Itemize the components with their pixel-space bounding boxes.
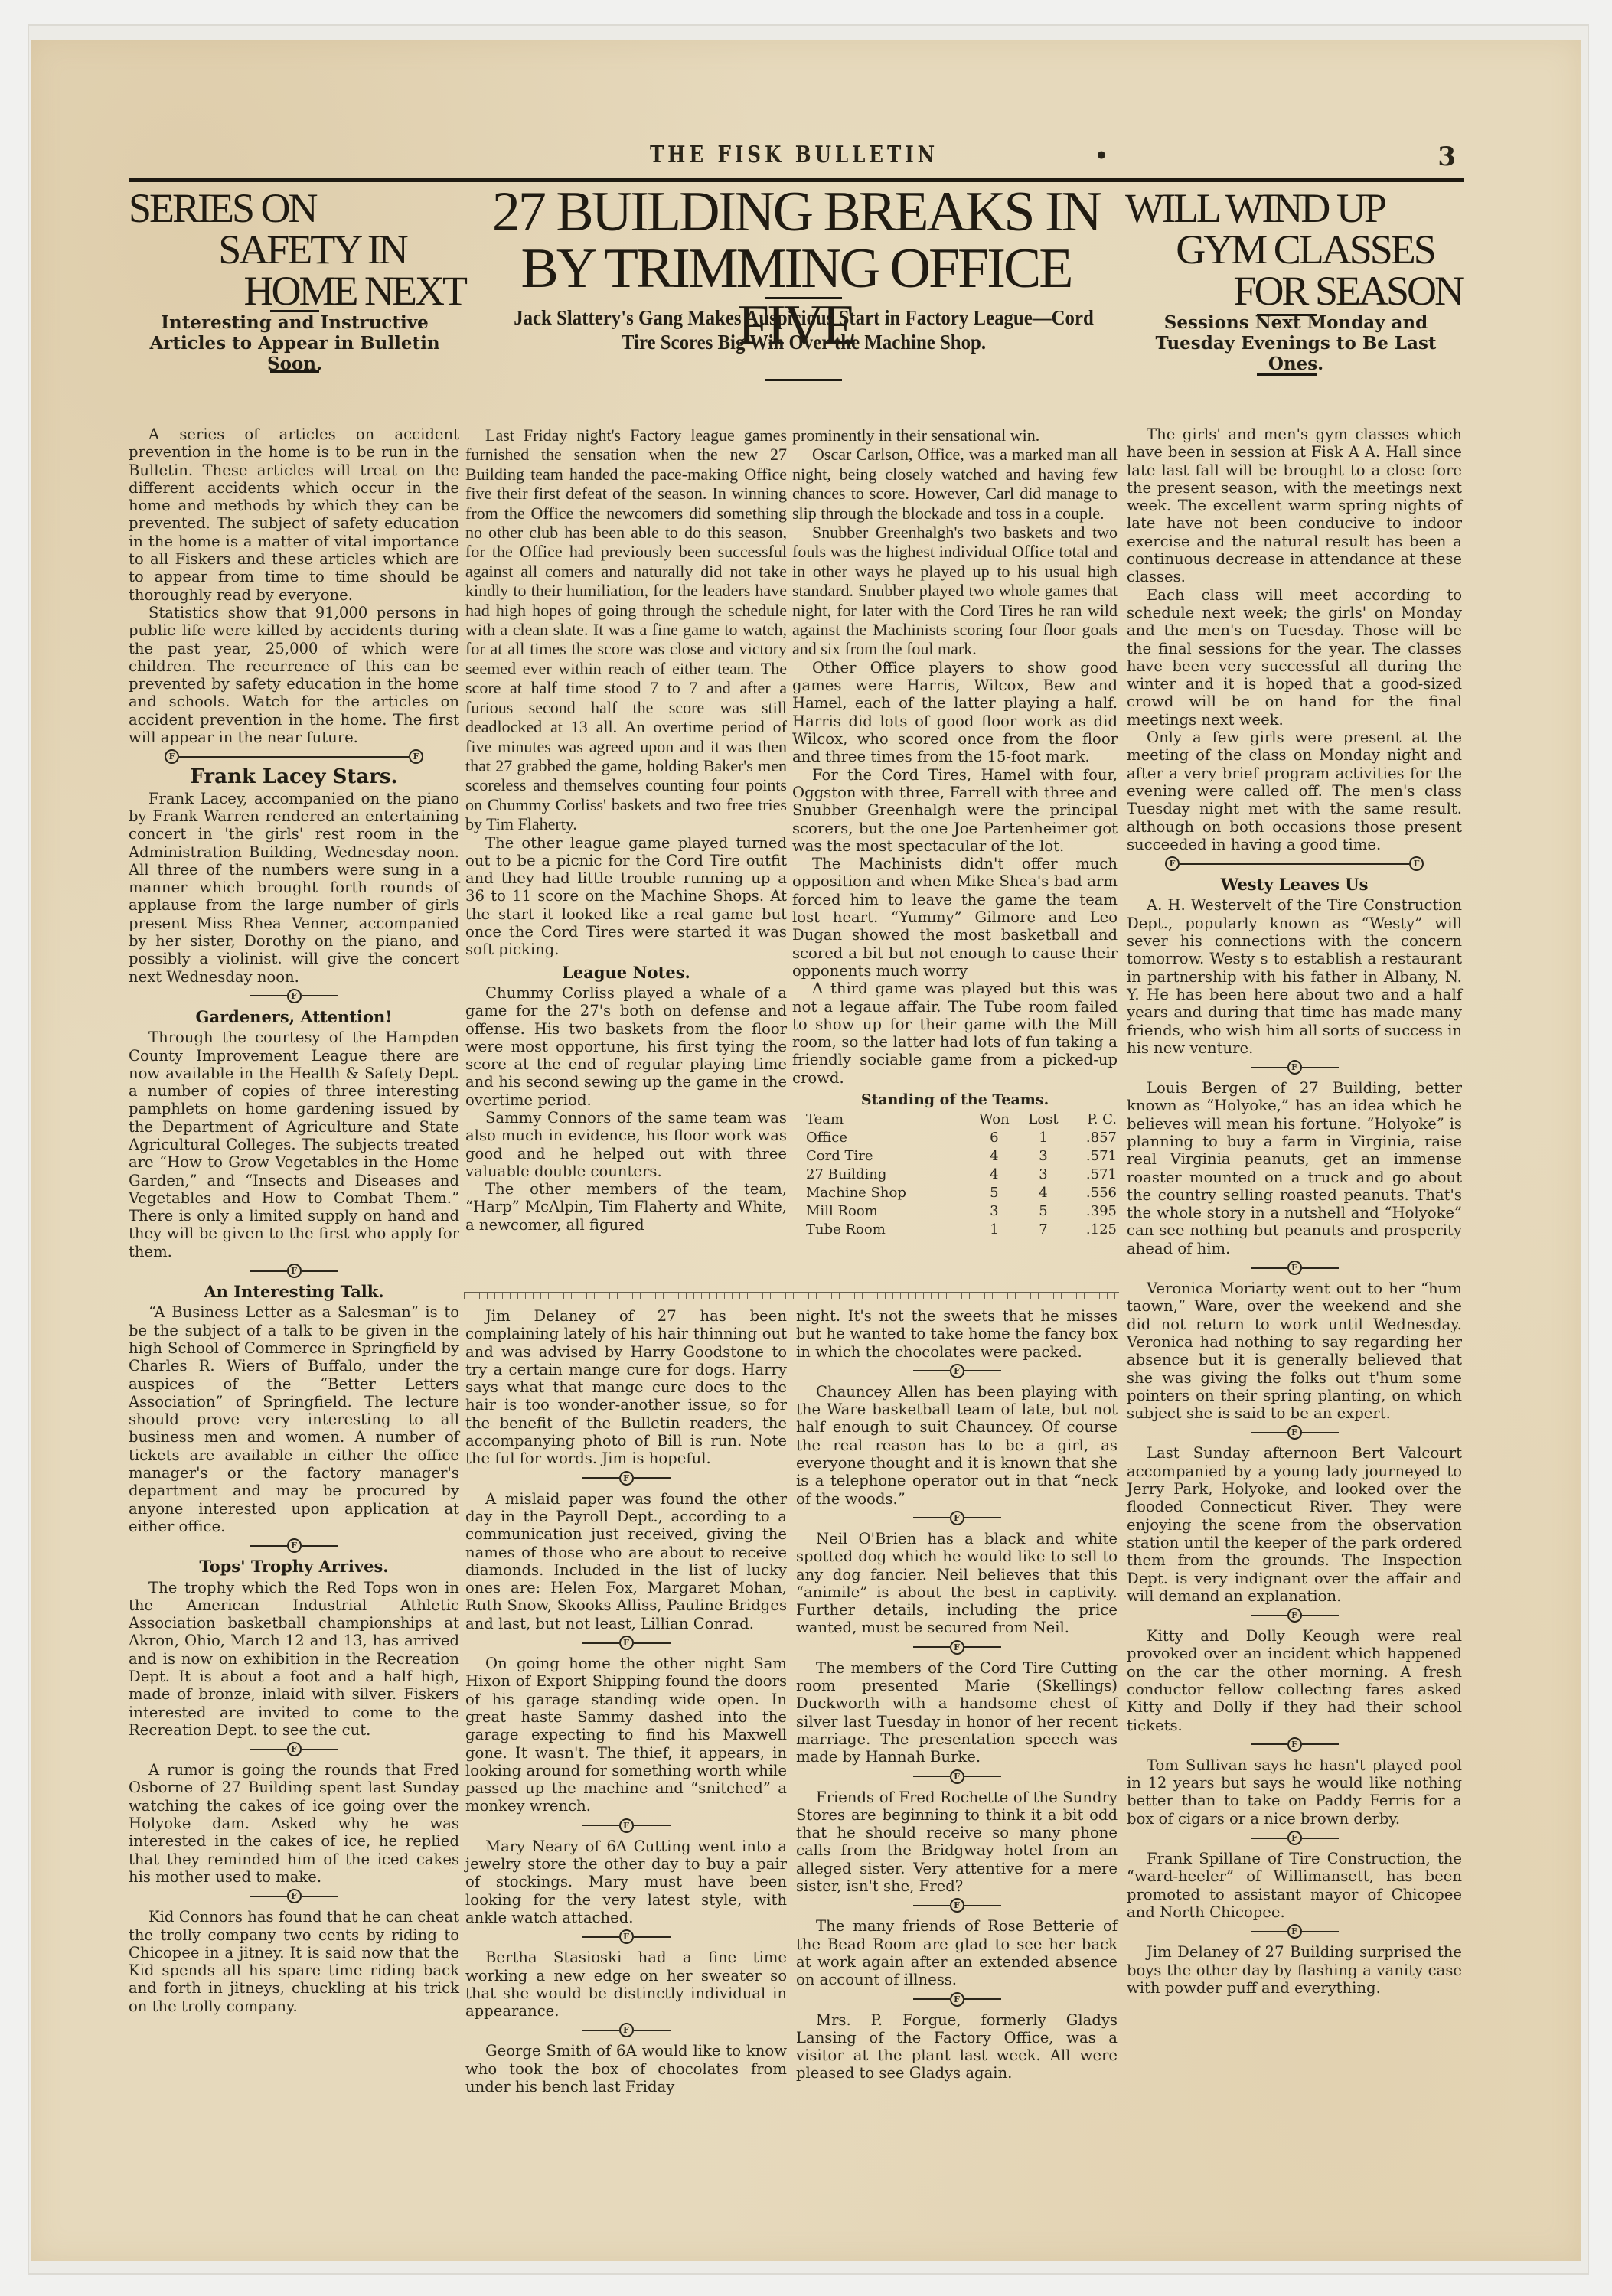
column-header: Team xyxy=(792,1110,970,1129)
article-paragraph: The other league game played turned out … xyxy=(465,834,787,959)
separator-line xyxy=(1251,1743,1287,1745)
article-paragraph: Statistics show that 91,000 persons in p… xyxy=(129,604,459,746)
separator-line xyxy=(302,1270,338,1272)
news-note: Jim Delaney of 27 Building surprised the… xyxy=(1127,1943,1462,1997)
separator-line xyxy=(250,1749,287,1750)
ornament-dot: • xyxy=(1095,143,1108,168)
deck-gym-classes: Sessions Next Monday and Tuesday Evening… xyxy=(1131,312,1460,374)
circled-f-icon: F xyxy=(1287,1261,1302,1275)
headline-gym-classes: WILL WIND UP GYM CLASSES FOR SEASON xyxy=(1125,188,1462,311)
news-note: Last Sunday afternoon Bert Valcourt acco… xyxy=(1127,1444,1462,1605)
separator-line xyxy=(302,995,338,996)
article-paragraph: A. H. Westervelt of the Tire Constructio… xyxy=(1127,896,1462,1057)
pct-cell: .857 xyxy=(1068,1129,1118,1147)
separator-line xyxy=(582,1642,619,1644)
section-separator: F xyxy=(796,1992,1118,2007)
article-paragraph: The trophy which the Red Tops won in the… xyxy=(129,1579,459,1740)
article-paragraph: The other members of the team, “Harp” Mc… xyxy=(465,1180,787,1234)
separator-line xyxy=(1302,1267,1339,1269)
circled-f-icon: F xyxy=(950,1640,964,1655)
circled-f-icon: F xyxy=(1409,856,1424,871)
separator-line xyxy=(582,1477,619,1479)
headline-line: 27 BUILDING BREAKS IN xyxy=(459,184,1133,240)
separator-line xyxy=(1302,1615,1339,1616)
circled-f-icon: F xyxy=(1287,1831,1302,1845)
section-separator: F xyxy=(465,2023,787,2037)
circled-f-icon: F xyxy=(619,2023,634,2037)
subhead-westy: Westy Leaves Us xyxy=(1127,876,1462,893)
circled-f-icon: F xyxy=(950,1364,964,1378)
section-separator: F xyxy=(465,1471,787,1486)
separator-line xyxy=(1302,1743,1339,1745)
section-separator: F xyxy=(1127,1608,1462,1623)
separator-line xyxy=(913,1905,950,1906)
won-cell: 3 xyxy=(970,1202,1019,1221)
pct-cell: .571 xyxy=(1068,1147,1118,1166)
separator-line xyxy=(1251,1615,1287,1616)
team-cell: 27 Building xyxy=(792,1166,970,1184)
news-note: night. It's not the sweets that he misse… xyxy=(796,1307,1118,1361)
news-note: Chauncey Allen has been playing with the… xyxy=(796,1383,1118,1508)
article-paragraph: The girls' and men's gym classes which h… xyxy=(1127,426,1462,586)
news-note: Veronica Moriarty went out to her “hum t… xyxy=(1127,1280,1462,1422)
separator-line xyxy=(250,995,287,996)
table-row: Mill Room35.395 xyxy=(792,1202,1118,1221)
separator-line xyxy=(302,1545,338,1547)
circled-f-icon: F xyxy=(287,1264,302,1278)
headline-safety-series: SERIES ON SAFETY IN HOME NEXT xyxy=(129,188,465,311)
section-separator: F xyxy=(465,1818,787,1833)
team-cell: Machine Shop xyxy=(792,1184,970,1202)
section-separator: F xyxy=(129,1742,459,1756)
column-header: Lost xyxy=(1019,1110,1068,1129)
pct-cell: .571 xyxy=(1068,1166,1118,1184)
separator-line xyxy=(634,1477,671,1479)
separator-line xyxy=(964,1776,1001,1777)
news-note: The members of the Cord Tire Cutting roo… xyxy=(796,1659,1118,1766)
news-note: Kid Connors has found that he can cheat … xyxy=(129,1908,459,2015)
team-cell: Mill Room xyxy=(792,1202,970,1221)
separator-line xyxy=(964,1370,1001,1371)
article-paragraph: “A Business Letter as a Salesman” is to … xyxy=(129,1303,459,1535)
article-paragraph: Through the courtesy of the Hampden Coun… xyxy=(129,1029,459,1261)
section-separator: F xyxy=(129,1264,459,1278)
lost-cell: 1 xyxy=(1019,1129,1068,1147)
circled-f-icon: F xyxy=(287,1538,302,1553)
article-paragraph: Oscar Carlson, Office, was a marked man … xyxy=(792,445,1118,523)
separator-line xyxy=(1294,863,1409,865)
separator-line xyxy=(964,1998,1001,2000)
pct-cell: .556 xyxy=(1068,1184,1118,1202)
news-note: Bertha Stasioski had a fine time working… xyxy=(465,1949,787,2020)
wavy-divider xyxy=(464,1292,1119,1299)
circled-f-icon: F xyxy=(950,1511,964,1525)
lost-cell: 4 xyxy=(1019,1184,1068,1202)
headline-line: HOME NEXT xyxy=(129,270,465,311)
section-separator: F xyxy=(796,1364,1118,1378)
separator-line xyxy=(582,1936,619,1938)
column-1: A series of articles on accident prevent… xyxy=(129,426,459,2015)
section-separator: F xyxy=(129,1538,459,1553)
article-paragraph: Frank Lacey, accompanied on the piano by… xyxy=(129,790,459,986)
page-number: 3 xyxy=(1437,142,1456,172)
divider-rule xyxy=(270,370,319,373)
separator-line xyxy=(913,1517,950,1518)
news-note: Louis Bergen of 27 Building, better know… xyxy=(1127,1079,1462,1257)
won-cell: 1 xyxy=(970,1221,1019,1239)
circled-f-icon: F xyxy=(287,1742,302,1756)
separator-line xyxy=(1302,1931,1339,1932)
circled-f-icon: F xyxy=(619,1929,634,1944)
subhead-gardeners: Gardeners, Attention! xyxy=(129,1008,459,1026)
news-note: Mary Neary of 6A Cutting went into a jew… xyxy=(465,1838,787,1926)
news-note: On going home the other night Sam Hixon … xyxy=(465,1655,787,1815)
section-separator: F xyxy=(796,1640,1118,1655)
separator-line xyxy=(964,1646,1001,1648)
separator-line xyxy=(634,1642,671,1644)
separator-line xyxy=(1302,1838,1339,1839)
circled-f-icon: F xyxy=(287,989,302,1003)
news-note: Neil O'Brien has a black and white spott… xyxy=(796,1530,1118,1637)
article-paragraph: Sammy Connors of the same team was also … xyxy=(465,1109,787,1180)
news-note: Frank Spillane of Tire Construction, the… xyxy=(1127,1850,1462,1921)
article-paragraph: Only a few girls were present at the mee… xyxy=(1127,729,1462,853)
section-separator: F xyxy=(1127,1831,1462,1845)
column-header: Won xyxy=(970,1110,1019,1129)
separator-line xyxy=(634,1936,671,1938)
article-paragraph: A series of articles on accident prevent… xyxy=(129,426,459,604)
circled-f-icon: F xyxy=(1287,1608,1302,1623)
circled-f-icon: F xyxy=(1287,1924,1302,1939)
circled-f-icon: F xyxy=(409,749,423,764)
news-note: Friends of Fred Rochette of the Sundry S… xyxy=(796,1789,1118,1896)
circled-f-icon: F xyxy=(619,1471,634,1486)
news-note: Jim Delaney of 27 has been complaining l… xyxy=(465,1307,787,1468)
table-row: Cord Tire43.571 xyxy=(792,1147,1118,1166)
separator-line xyxy=(294,756,409,758)
separator-line xyxy=(913,1646,950,1648)
separator-line xyxy=(302,1896,338,1897)
team-cell: Tube Room xyxy=(792,1221,970,1239)
circled-f-icon: F xyxy=(950,1898,964,1913)
news-note: George Smith of 6A would like to know wh… xyxy=(465,2042,787,2095)
column-3-notes: night. It's not the sweets that he misse… xyxy=(796,1307,1118,2082)
article-paragraph: Last Friday night's Factory league games… xyxy=(465,426,787,834)
section-separator: F xyxy=(796,1511,1118,1525)
subhead-league-notes: League Notes. xyxy=(465,964,787,981)
won-cell: 4 xyxy=(970,1166,1019,1184)
separator-line xyxy=(250,1545,287,1547)
separator-line xyxy=(1180,863,1294,865)
column-header: P. C. xyxy=(1068,1110,1118,1129)
divider-rule xyxy=(1257,373,1317,376)
separator-line xyxy=(1302,1432,1339,1433)
section-separator: F xyxy=(465,1636,787,1650)
section-separator: F xyxy=(1127,1924,1462,1939)
separator-line xyxy=(964,1905,1001,1906)
team-cell: Office xyxy=(792,1129,970,1147)
table-row: Tube Room17.125 xyxy=(792,1221,1118,1239)
separator-line xyxy=(582,2030,619,2031)
article-paragraph: Chummy Corliss played a whale of a game … xyxy=(465,984,787,1109)
masthead: THE FISK BULLETIN • 3 xyxy=(126,142,1462,180)
column-4: The girls' and men's gym classes which h… xyxy=(1127,426,1462,1997)
section-separator: F xyxy=(1127,1060,1462,1075)
separator-line xyxy=(964,1517,1001,1518)
section-separator: FF xyxy=(129,749,459,764)
subhead-frank-lacey: Frank Lacey Stars. xyxy=(129,768,459,786)
circled-f-icon: F xyxy=(165,749,179,764)
column-3-main-article: prominently in their sensational win. Os… xyxy=(792,426,1118,1239)
divider-rule xyxy=(765,379,842,381)
separator-line xyxy=(634,2030,671,2031)
circled-f-icon: F xyxy=(1287,1060,1302,1075)
pct-cell: .125 xyxy=(1068,1221,1118,1239)
news-note: A mislaid paper was found the other day … xyxy=(465,1490,787,1632)
headline-line: GYM CLASSES xyxy=(1125,229,1462,270)
headline-line: SERIES ON xyxy=(129,188,465,229)
table-header-row: Team Won Lost P. C. xyxy=(792,1110,1118,1129)
separator-line xyxy=(1251,1931,1287,1932)
deck-27-building: Jack Slattery's Gang Makes Auspicious St… xyxy=(504,306,1103,355)
section-separator: F xyxy=(1127,1425,1462,1440)
table-row: Office61.857 xyxy=(792,1129,1118,1147)
publication-title: THE FISK BULLETIN xyxy=(246,142,1342,168)
circled-f-icon: F xyxy=(950,1992,964,2007)
pct-cell: .395 xyxy=(1068,1202,1118,1221)
circled-f-icon: F xyxy=(1287,1737,1302,1752)
headline-line: FOR SEASON xyxy=(1125,270,1462,311)
section-separator: FF xyxy=(1127,856,1462,871)
column-2-main-article: Last Friday night's Factory league games… xyxy=(465,426,787,1234)
table-row: 27 Building43.571 xyxy=(792,1166,1118,1184)
article-paragraph: prominently in their sensational win. xyxy=(792,426,1118,445)
team-cell: Cord Tire xyxy=(792,1147,970,1166)
news-note: A rumor is going the rounds that Fred Os… xyxy=(129,1761,459,1886)
standings-title: Standing of the Teams. xyxy=(792,1091,1118,1109)
separator-line xyxy=(1251,1267,1287,1269)
section-separator: F xyxy=(129,1889,459,1903)
deck-safety-series: Interesting and Instructive Articles to … xyxy=(130,312,459,374)
section-separator: F xyxy=(796,1769,1118,1784)
won-cell: 5 xyxy=(970,1184,1019,1202)
lost-cell: 5 xyxy=(1019,1202,1068,1221)
circled-f-icon: F xyxy=(619,1818,634,1833)
separator-line xyxy=(1302,1067,1339,1068)
subhead-interesting-talk: An Interesting Talk. xyxy=(129,1283,459,1300)
lost-cell: 7 xyxy=(1019,1221,1068,1239)
subhead-tops-trophy: Tops' Trophy Arrives. xyxy=(129,1557,459,1575)
circled-f-icon: F xyxy=(950,1769,964,1784)
separator-line xyxy=(302,1749,338,1750)
headline-line: SAFETY IN xyxy=(129,229,465,270)
article-paragraph: The Machinists didn't offer much opposit… xyxy=(792,855,1118,980)
news-note: Mrs. P. Forgue, formerly Gladys Lansing … xyxy=(796,2011,1118,2082)
section-separator: F xyxy=(129,989,459,1003)
separator-line xyxy=(179,756,294,758)
news-note: Tom Sullivan says he hasn't played pool … xyxy=(1127,1756,1462,1828)
divider-rule xyxy=(765,297,842,299)
circled-f-icon: F xyxy=(619,1636,634,1650)
separator-line xyxy=(1251,1067,1287,1068)
circled-f-icon: F xyxy=(1165,856,1180,871)
circled-f-icon: F xyxy=(287,1889,302,1903)
won-cell: 6 xyxy=(970,1129,1019,1147)
separator-line xyxy=(634,1825,671,1826)
section-separator: F xyxy=(1127,1261,1462,1275)
separator-line xyxy=(1251,1432,1287,1433)
separator-line xyxy=(250,1896,287,1897)
article-paragraph: For the Cord Tires, Hamel with four, Ogg… xyxy=(792,766,1118,855)
news-note: The many friends of Rose Betterie of the… xyxy=(796,1917,1118,1988)
article-paragraph: Snubber Greenhalgh's two baskets and two… xyxy=(792,523,1118,659)
article-paragraph: Other Office players to show good games … xyxy=(792,659,1118,766)
standings-table: Team Won Lost P. C. Office61.857 Cord Ti… xyxy=(792,1110,1118,1239)
separator-line xyxy=(582,1825,619,1826)
section-separator: F xyxy=(465,1929,787,1944)
section-separator: F xyxy=(1127,1737,1462,1752)
circled-f-icon: F xyxy=(1287,1425,1302,1440)
article-paragraph: Each class will meet according to schedu… xyxy=(1127,586,1462,729)
lost-cell: 3 xyxy=(1019,1166,1068,1184)
lost-cell: 3 xyxy=(1019,1147,1068,1166)
separator-line xyxy=(250,1270,287,1272)
news-note: Kitty and Dolly Keough were real provoke… xyxy=(1127,1627,1462,1734)
headline-line: WILL WIND UP xyxy=(1125,188,1462,229)
separator-line xyxy=(913,1370,950,1371)
separator-line xyxy=(1251,1838,1287,1839)
won-cell: 4 xyxy=(970,1147,1019,1166)
section-separator: F xyxy=(796,1898,1118,1913)
article-paragraph: A third game was played but this was not… xyxy=(792,980,1118,1087)
separator-line xyxy=(913,1998,950,2000)
separator-line xyxy=(913,1776,950,1777)
column-2-notes: Jim Delaney of 27 has been complaining l… xyxy=(465,1307,787,2095)
table-row: Machine Shop54.556 xyxy=(792,1184,1118,1202)
